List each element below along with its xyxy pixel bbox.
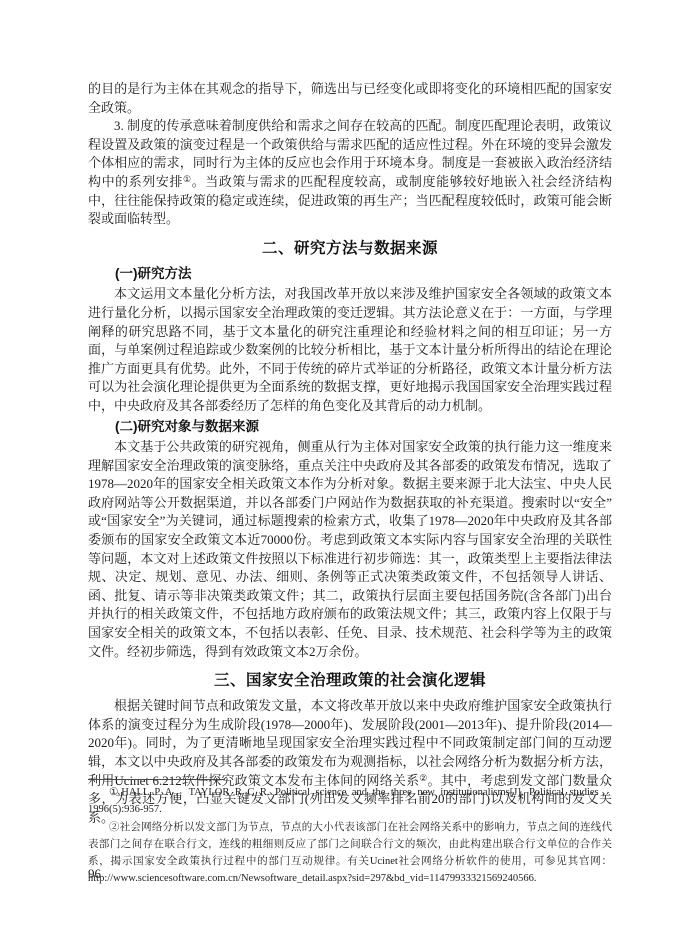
page-number: 96 [88, 866, 101, 882]
footnote-2: ②社会网络分析以发文部门为节点，节点的大小代表该部门在社会网络关系中的影响力，节… [88, 819, 612, 888]
footnote-separator [88, 779, 225, 780]
paragraph-research-method: 本文运用文本量化分析方法，对我国改革开放以来涉及维护国家安全各领域的政策文本进行… [88, 285, 612, 415]
section-heading-evolution-logic: 三、国家安全治理政策的社会演化逻辑 [88, 671, 612, 691]
subsection-heading-data-source: (二)研究对象与数据来源 [88, 418, 612, 437]
paragraph-institution-inheritance: 3. 制度的传承意味着制度供给和需求之间存在较高的匹配。制度匹配理论表明，政策议… [88, 117, 612, 229]
footnote-1: ①HALL P A，TAYLOR R C R. Political scienc… [88, 784, 612, 819]
paragraph-data-source: 本文基于公共政策的研究视角，侧重从行为主体对国家安全政策的执行能力这一维度来理解… [88, 438, 612, 661]
footnote-ref-1: ① [183, 174, 192, 184]
footnote-area: ①HALL P A，TAYLOR R C R. Political scienc… [88, 779, 612, 888]
subsection-heading-research-method: (一)研究方法 [88, 265, 612, 284]
section-heading-methods: 二、研究方法与数据来源 [88, 239, 612, 259]
paragraph-continuation: 的目的是行为主体在其观念的指导下，筛选出与已经变化或即将变化的环境相匹配的国家安… [88, 80, 612, 117]
page-body: 的目的是行为主体在其观念的指导下，筛选出与已经变化或即将变化的环境相匹配的国家安… [88, 80, 612, 827]
document-page: 的目的是行为主体在其观念的指导下，筛选出与已经变化或即将变化的环境相匹配的国家安… [0, 0, 700, 943]
